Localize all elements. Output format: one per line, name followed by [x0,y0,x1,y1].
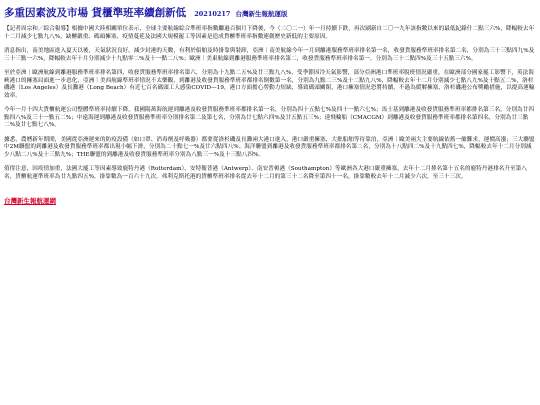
article-paragraph-6: 值得注意，因疫情加重，法國大罷工等因素導致鹿特丹港（Rotterdam）、安特衛… [4,166,536,181]
article-paragraph-2: 消息指出，南美地區進入夏天以後，天氣狀況良好，減少封港的天數，有利於船舶及時掛靠… [4,48,536,63]
article-paragraph-4: 今年一月十四大貨櫃航運公司整體準班率持續下降，我國陽萬海航運到離港及收發貨服務準… [4,107,536,130]
article-header: 多重因素波及市場 貨櫃準班率續創新低 20210217 台灣新生報航運版 [4,4,536,21]
article-headline: 多重因素波及市場 貨櫃準班率續創新低 [4,7,186,19]
article-paragraph-1: 【記者周宗和／綜合報導】根據中國大陸相關單位表示，全球主要航線綜合準班率指數繼過… [4,26,536,41]
article-date: 20210217 [194,10,230,18]
article-page: 多重因素波及市場 貨櫃準班率續創新低 20210217 台灣新生報航運版 【記者… [0,0,540,207]
article-paragraph-5: 據悉，農曆新年期間，美國從亞洲運來的防疫設備（如口罩、消毒劑及呼吸器）都要從洛杉… [4,137,536,160]
article-paragraph-3: 至於亞洲｜歐洲航線到離港服務準班率排名第四，收發貨服務準班率排名第六，分別為十九… [4,70,536,100]
source-link[interactable]: 台灣新生報航運網 [4,196,56,205]
article-source-tag: 台灣新生報航運版 [236,10,288,18]
